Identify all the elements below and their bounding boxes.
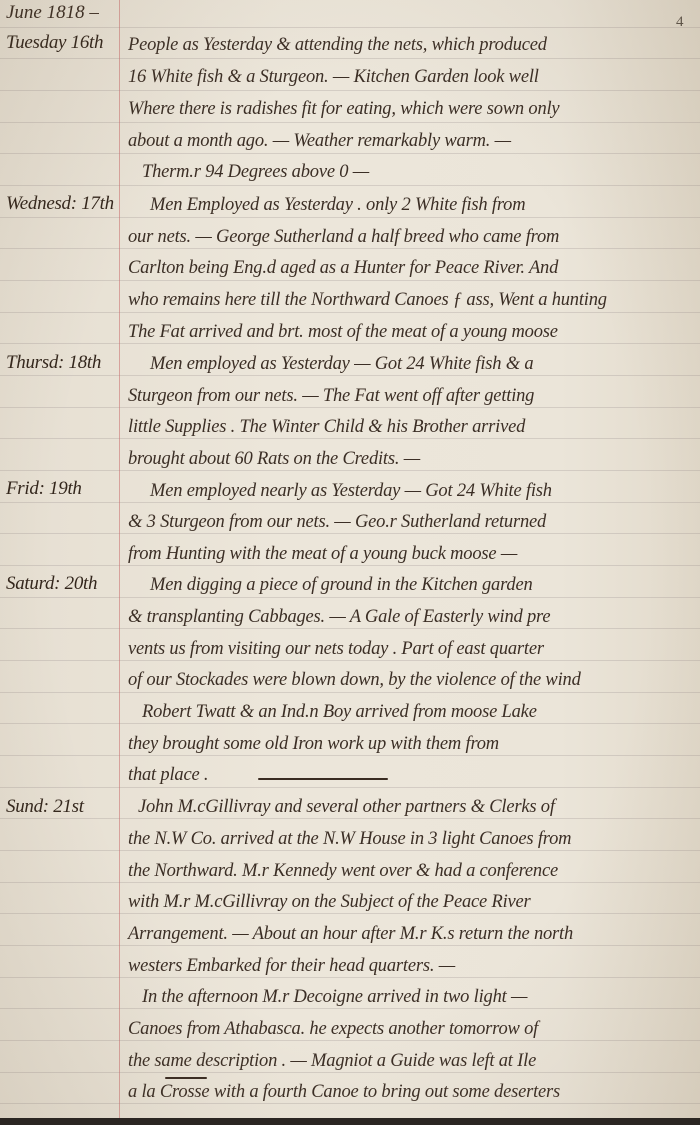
entry-line: Men employed nearly as Yesterday — Got 2… (150, 481, 700, 502)
ruled-line (0, 755, 700, 756)
entry-line: from Hunting with the meat of a young bu… (128, 544, 694, 565)
entry-line: Therm.r 94 Degrees above 0 — (142, 162, 700, 183)
ruled-line (0, 977, 700, 978)
ruled-line (0, 882, 700, 883)
ruled-line (0, 312, 700, 313)
ruled-line (0, 248, 700, 249)
ruled-line (0, 565, 700, 566)
entry-line: the N.W Co. arrived at the N.W House in … (128, 829, 694, 850)
entry-line: Robert Twatt & an Ind.n Boy arrived from… (142, 702, 700, 723)
entry-line: Men employed as Yesterday — Got 24 White… (150, 354, 700, 375)
entry-line: 16 White fish & a Sturgeon. — Kitchen Ga… (128, 67, 694, 88)
entry-line: Sturgeon from our nets. — The Fat went o… (128, 386, 694, 407)
page-number: 4 (676, 14, 684, 31)
entry-line: vents us from visiting our nets today . … (128, 639, 694, 660)
header-date: June 1818 – (6, 2, 99, 24)
entry-line: that place . (128, 765, 694, 786)
ruled-line (0, 1008, 700, 1009)
ruled-line (0, 787, 700, 788)
ruled-line (0, 850, 700, 851)
entry-line: brought about 60 Rats on the Credits. — (128, 449, 694, 470)
ruled-line (0, 1072, 700, 1073)
entry-line: a la Crosse with a fourth Canoe to bring… (128, 1082, 694, 1103)
ruled-line (0, 90, 700, 91)
day-label-thursday: Thursd: 18th (6, 352, 101, 374)
ruled-line (0, 692, 700, 693)
ruled-line (0, 343, 700, 344)
ruled-line (0, 122, 700, 123)
ruled-line (0, 407, 700, 408)
ruled-line (0, 628, 700, 629)
day-label-wednesday: Wednesd: 17th (6, 193, 114, 215)
ruled-line (0, 185, 700, 186)
entry-line: with M.r M.cGillivray on the Subject of … (128, 892, 694, 913)
ruled-line (0, 438, 700, 439)
ruled-line (0, 217, 700, 218)
ruled-line (0, 280, 700, 281)
journal-page: 4 June 1818 – Tuesday 16th People as Yes… (0, 0, 700, 1118)
entry-line: & transplanting Cabbages. — A Gale of Ea… (128, 607, 694, 628)
day-label-sunday: Sund: 21st (6, 796, 84, 818)
entry-line: who remains here till the Northward Cano… (128, 290, 694, 311)
entry-line: the Northward. M.r Kennedy went over & h… (128, 861, 694, 882)
entry-line: of our Stockades were blown down, by the… (128, 670, 694, 691)
entry-line: & 3 Sturgeon from our nets. — Geo.r Suth… (128, 512, 694, 533)
entry-line: The Fat arrived and brt. most of the mea… (128, 322, 694, 343)
entry-line: Arrangement. — About an hour after M.r K… (128, 924, 694, 945)
ruled-line (0, 502, 700, 503)
ruled-line (0, 660, 700, 661)
ruled-line (0, 723, 700, 724)
underline-stroke (165, 1077, 207, 1079)
day-label-friday: Frid: 19th (6, 478, 82, 500)
entry-line: Men Employed as Yesterday . only 2 White… (150, 195, 700, 216)
day-label-tuesday: Tuesday 16th (6, 32, 103, 54)
ruled-line (0, 153, 700, 154)
entry-line: our nets. — George Sutherland a half bre… (128, 227, 694, 248)
entry-line: People as Yesterday & attending the nets… (128, 35, 694, 56)
entry-line: Canoes from Athabasca. he expects anothe… (128, 1019, 694, 1040)
entry-line: Carlton being Eng.d aged as a Hunter for… (128, 258, 694, 279)
ruled-line (0, 818, 700, 819)
entry-line: little Supplies . The Winter Child & his… (128, 417, 694, 438)
margin-rule (119, 0, 120, 1118)
entry-line: Men digging a piece of ground in the Kit… (150, 575, 700, 596)
section-divider-stroke (258, 778, 388, 780)
ruled-line (0, 27, 700, 28)
ruled-line (0, 1103, 700, 1104)
entry-line: westers Embarked for their head quarters… (128, 956, 694, 977)
entry-line: John M.cGillivray and several other part… (138, 797, 700, 818)
entry-line: In the afternoon M.r Decoigne arrived in… (142, 987, 700, 1008)
day-label-saturday: Saturd: 20th (6, 573, 97, 595)
ruled-line (0, 597, 700, 598)
entry-line: Where there is radishes fit for eating, … (128, 99, 694, 120)
ruled-line (0, 375, 700, 376)
entry-line: about a month ago. — Weather remarkably … (128, 131, 694, 152)
ruled-line (0, 470, 700, 471)
entry-line: the same description . — Magniot a Guide… (128, 1051, 694, 1072)
ruled-line (0, 945, 700, 946)
ruled-line (0, 1040, 700, 1041)
ruled-line (0, 58, 700, 59)
ruled-line (0, 533, 700, 534)
entry-line: they brought some old Iron work up with … (128, 734, 694, 755)
ruled-line (0, 913, 700, 914)
